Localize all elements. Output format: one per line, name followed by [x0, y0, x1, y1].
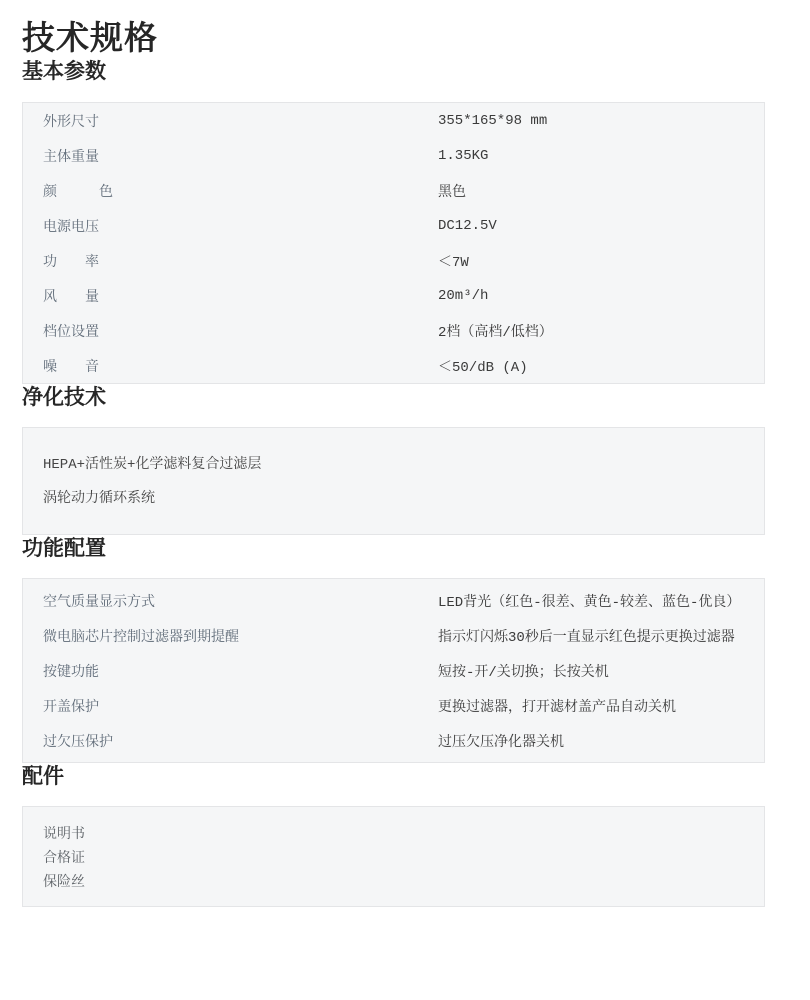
spec-row: 噪 音 ＜50/dB (A)	[23, 348, 764, 383]
spec-value: ＜7W	[438, 251, 764, 271]
spec-label: 微电脑芯片控制过滤器到期提醒	[23, 626, 438, 646]
accessory-list-item: 保险丝	[23, 869, 764, 893]
spec-label: 功 率	[23, 251, 438, 271]
spec-row: 外形尺寸 355*165*98 mm	[23, 103, 764, 138]
spec-value: 1.35KG	[438, 148, 764, 164]
tech-list-item: HEPA+活性炭+化学滤料复合过滤层	[23, 448, 764, 482]
spec-label: 档位设置	[23, 321, 438, 341]
spec-row: 风 量 20m³/h	[23, 278, 764, 313]
spec-value: 355*165*98 mm	[438, 113, 764, 129]
tech-list-item: 涡轮动力循环系统	[23, 482, 764, 516]
spec-value: 指示灯闪烁30秒后一直显示红色提示更换过滤器	[438, 626, 764, 646]
spec-value: 20m³/h	[438, 288, 764, 304]
page-title: 技术规格	[22, 0, 765, 58]
spec-value: 更换过滤器，打开滤材盖产品自动关机	[438, 696, 764, 716]
spec-label: 噪 音	[23, 356, 438, 376]
spec-row: 档位设置 2档（高档/低档）	[23, 313, 764, 348]
section-heading-function-config: 功能配置	[22, 535, 765, 563]
accessory-list-item: 合格证	[23, 845, 764, 869]
basic-params-card: 外形尺寸 355*165*98 mm 主体重量 1.35KG 颜 色 黑色 电源…	[22, 102, 765, 384]
spec-row: 主体重量 1.35KG	[23, 138, 764, 173]
spec-value: LED背光（红色-很差、黄色-较差、蓝色-优良）	[438, 591, 764, 611]
spec-row: 微电脑芯片控制过滤器到期提醒 指示灯闪烁30秒后一直显示红色提示更换过滤器	[23, 618, 764, 653]
function-config-card: 空气质量显示方式 LED背光（红色-很差、黄色-较差、蓝色-优良） 微电脑芯片控…	[22, 578, 765, 763]
spec-label: 空气质量显示方式	[23, 591, 438, 611]
spec-row: 过欠压保护 过压欠压净化器关机	[23, 723, 764, 758]
spec-label: 外形尺寸	[23, 111, 438, 131]
spec-row: 开盖保护 更换过滤器，打开滤材盖产品自动关机	[23, 688, 764, 723]
spec-row: 按键功能 短按-开/关切换；长按关机	[23, 653, 764, 688]
spec-label: 颜 色	[23, 181, 438, 201]
purification-tech-card: HEPA+活性炭+化学滤料复合过滤层 涡轮动力循环系统	[22, 427, 765, 535]
spec-value: 黑色	[438, 181, 764, 201]
section-heading-basic-params: 基本参数	[22, 58, 765, 86]
spec-row: 颜 色 黑色	[23, 173, 764, 208]
spec-label: 风 量	[23, 286, 438, 306]
section-heading-accessories: 配件	[22, 763, 765, 791]
section-heading-purification-tech: 净化技术	[22, 384, 765, 412]
accessories-card: 说明书 合格证 保险丝	[22, 806, 765, 907]
spec-row: 功 率 ＜7W	[23, 243, 764, 278]
spec-label: 开盖保护	[23, 696, 438, 716]
spec-label: 电源电压	[23, 216, 438, 236]
spec-row: 电源电压 DC12.5V	[23, 208, 764, 243]
spec-label: 主体重量	[23, 146, 438, 166]
spec-page: 技术规格 基本参数 外形尺寸 355*165*98 mm 主体重量 1.35KG…	[0, 0, 810, 1000]
spec-value: 过压欠压净化器关机	[438, 731, 764, 751]
spec-value: DC12.5V	[438, 218, 764, 234]
spec-value: 2档（高档/低档）	[438, 321, 764, 341]
accessory-list-item: 说明书	[23, 821, 764, 845]
spec-value: 短按-开/关切换；长按关机	[438, 661, 764, 681]
spec-label: 按键功能	[23, 661, 438, 681]
spec-row: 空气质量显示方式 LED背光（红色-很差、黄色-较差、蓝色-优良）	[23, 583, 764, 618]
spec-label: 过欠压保护	[23, 731, 438, 751]
spec-value: ＜50/dB (A)	[438, 356, 764, 376]
